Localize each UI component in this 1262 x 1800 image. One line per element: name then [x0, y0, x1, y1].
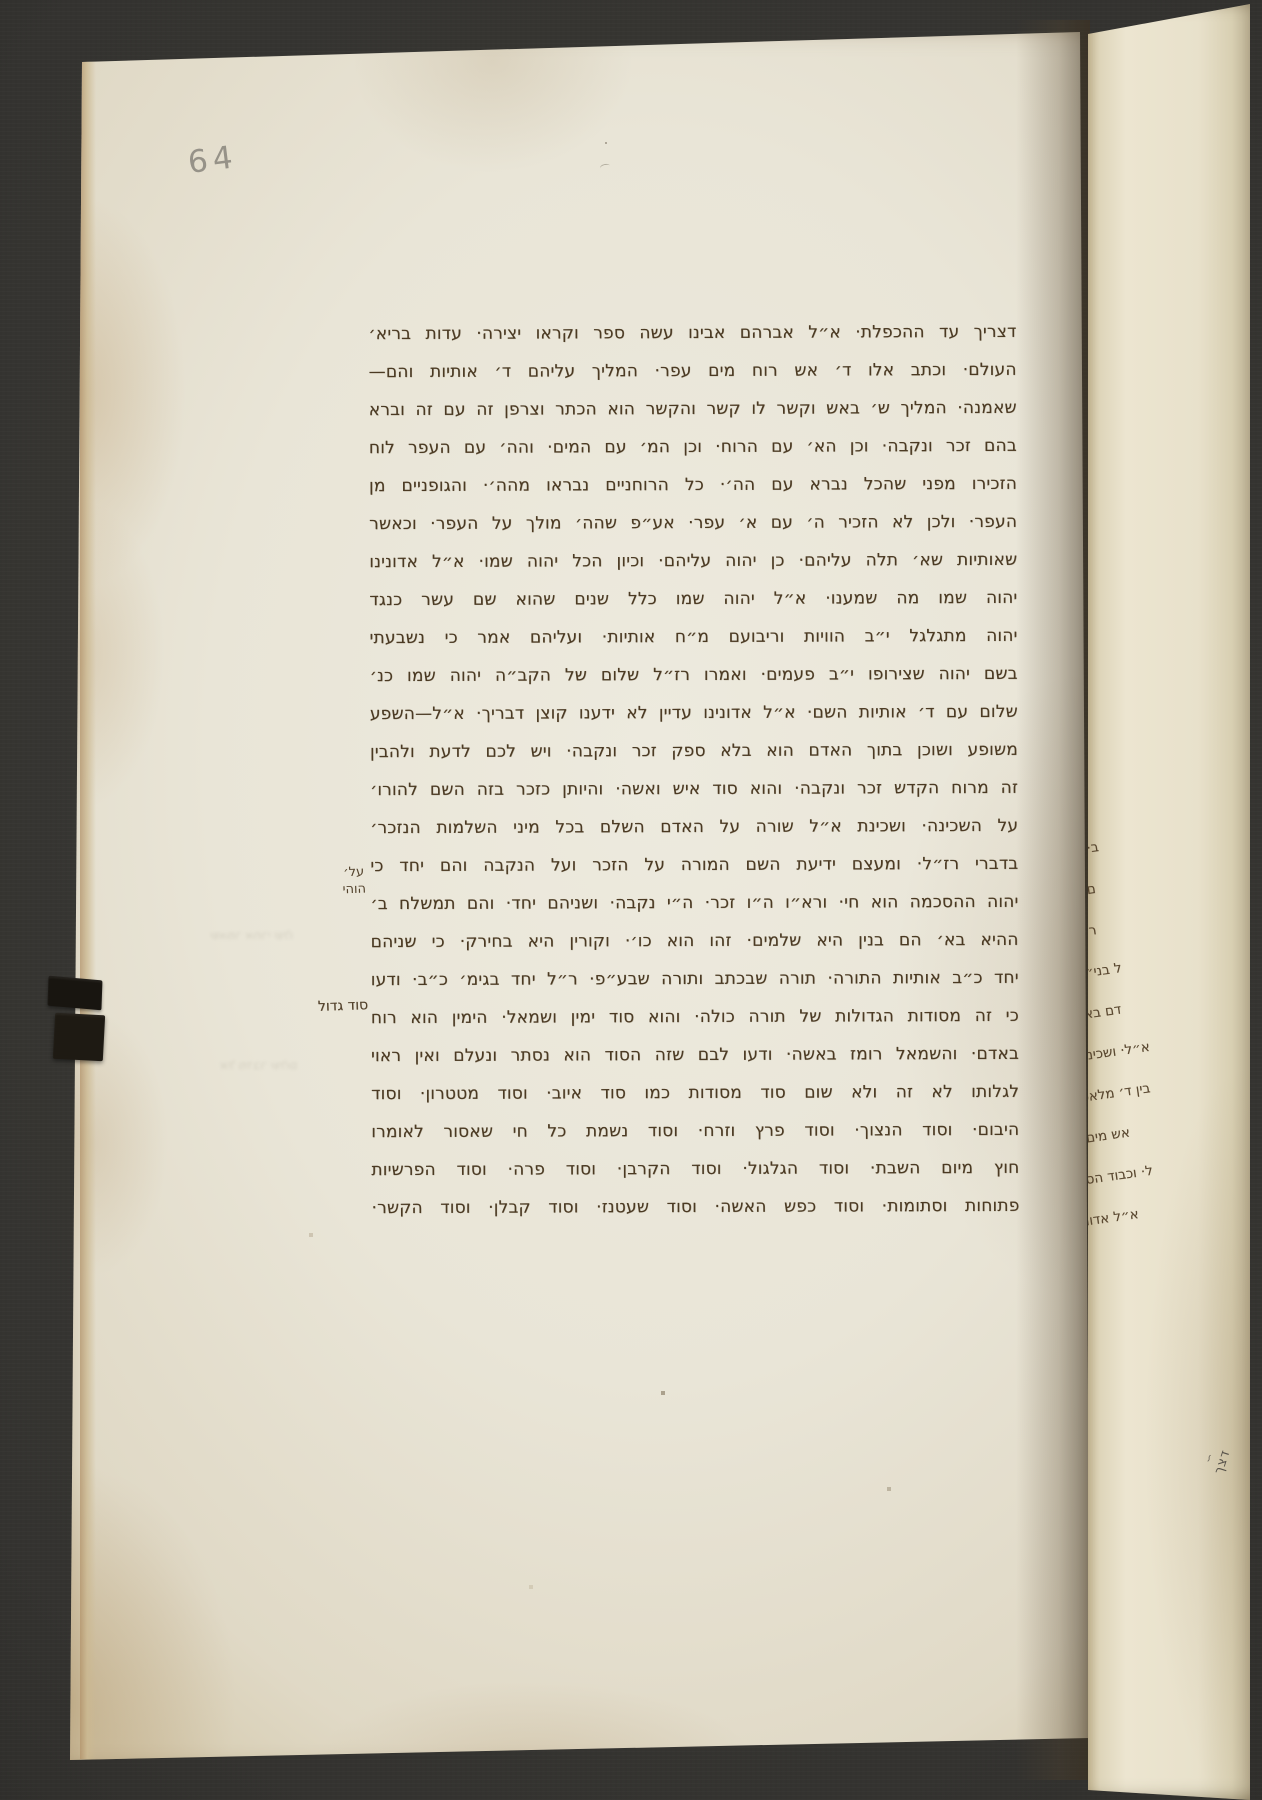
- paper-specks: [60, 26, 62, 28]
- text-line: באדם· והשמאל רומז באשה· ודעו לבם שזה הסו…: [371, 1035, 1019, 1075]
- text-line: זה מרוח הקדש זכר ונקבה· והוא סוד איש ואש…: [370, 769, 1018, 809]
- text-line: העולם· וכתב אלו ד׳ אש רוח מים עפר· המליך…: [369, 351, 1017, 391]
- text-line: דצריך עד ההכפלת· א״ל אברהם אבינו עשה ספר…: [368, 313, 1016, 353]
- text-line: יחד כ״ב אותיות התורה· תורה שבכתב ותורה ש…: [371, 959, 1019, 999]
- page-deckle-edge: [80, 60, 96, 1759]
- margin-note-sod-gadol: סוד גדול: [300, 997, 387, 1016]
- text-line: יהוה ההסכמה הוא חי· ורא״ו ה״ו זכר· ה״י נ…: [370, 883, 1018, 923]
- text-line: שאותיות שא׳ תלה עליהם· כן יהוה עליהם· וכ…: [369, 541, 1017, 581]
- text-line: העפר· ולכן לא הזכיר ה׳ עם א׳ עפר· אע״פ ש…: [369, 503, 1017, 543]
- margin-note-al-havaya: על׳ הוהי: [327, 863, 380, 899]
- text-line: בדברי רז״ל· ומעצם ידיעת השם המורה על הזכ…: [370, 845, 1018, 885]
- facing-page-edge: זא״ל· ה״ב אב׳ברים ודעו והם זהלבם· ואמרו …: [1088, 0, 1250, 1800]
- text-line: יהוה מתגלגל י״ב הוויות וריבועם מ״ח אותיו…: [369, 617, 1017, 657]
- text-line: על השכינה· ושכינת א״ל שורה על האדם השלם …: [370, 807, 1018, 847]
- main-text-block: דצריך עד ההכפלת· א״ל אברהם אבינו עשה ספר…: [368, 313, 1019, 1227]
- text-line: כי זה מסודות הגדולות של תורה כולה· והוא …: [371, 997, 1019, 1037]
- manuscript-page: 64 דצריך עד ההכפלת· א״ל אברהם אבינו עשה …: [60, 26, 1090, 1771]
- facing-page-text-clip: זא״ל· ה״ב אב׳ברים ודעו והם זהלבם· ואמרו …: [1088, 215, 1250, 1265]
- text-line: היבום· וסוד הנצוך· וסוד פרץ וזרח· וסוד נ…: [371, 1111, 1019, 1151]
- pencil-squiggle: [599, 163, 610, 171]
- scribble-mark: ∼ דצך: [1199, 1444, 1233, 1476]
- binding-tab: [48, 976, 103, 1011]
- text-line: ההיא בא׳ הם בנין היא שלמים· זהו הוא כו׳·…: [371, 921, 1019, 961]
- text-line: שלום עם ד׳ אותיות השם· א״ל אדונינו עדיין…: [370, 693, 1018, 733]
- show-through-text: שאמר אחרי שלו: [210, 928, 350, 942]
- facing-page-text: זא״ל· ה״ב אב׳ברים ודעו והם זהלבם· ואמרו …: [1088, 227, 1250, 1247]
- text-line: חוץ מיום השבת· וסוד הגלגול· וסוד הקרבן· …: [371, 1149, 1019, 1189]
- folio-number: 64: [186, 139, 239, 181]
- binding-tab: [53, 1013, 105, 1062]
- manuscript-photo: 64 דצריך עד ההכפלת· א״ל אברהם אבינו עשה …: [0, 0, 1262, 1800]
- gutter-shadow: [1016, 20, 1090, 1780]
- margin-note-line: הוהי: [342, 882, 366, 898]
- text-line: בשם יהוה שצירופו י״ב פעמים· ואמרו רז״ל ש…: [370, 655, 1018, 695]
- text-line: הזכירו מפני שהכל נברא עם הה׳· כל הרוחניי…: [369, 465, 1017, 505]
- show-through-text: אל מדבר שלום: [220, 1058, 350, 1072]
- text-line: יהוה שמו מה שמענו· א״ל יהוה שמו כלל שנים…: [369, 579, 1017, 619]
- text-line: משופע ושוכן בתוך האדם הוא בלא ספק זכר ונ…: [370, 731, 1018, 771]
- text-line: לגלותו לא זה ולא שום סוד מסודות כמו סוד …: [371, 1073, 1019, 1113]
- text-line: פתוחות וסתומות· וסוד כפש האשה· וסוד שעטנ…: [371, 1187, 1019, 1227]
- text-line: שאמנה· המליך ש׳ באש וקשר לו קשר והקשר הו…: [369, 389, 1017, 429]
- margin-note-line: על׳: [343, 865, 364, 881]
- text-line: בהם זכר ונקבה· וכן הא׳ עם הרוח· וכן המ׳ …: [369, 427, 1017, 467]
